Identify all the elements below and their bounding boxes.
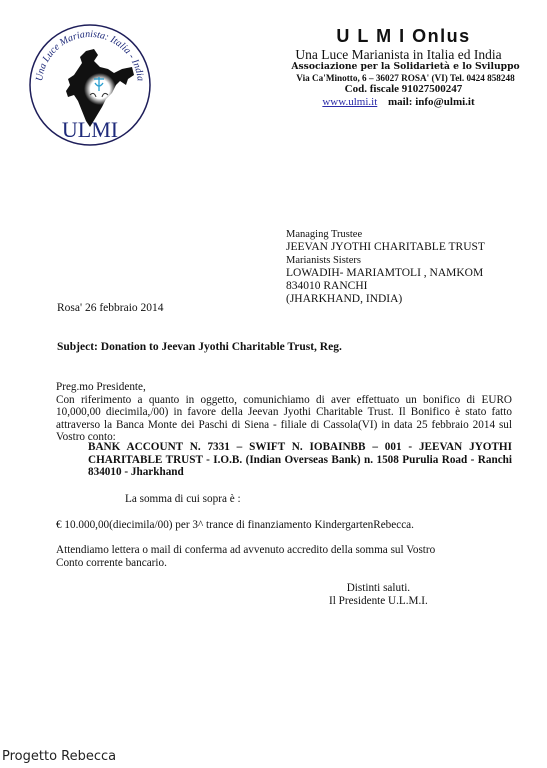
letter-body: Preg.mo Presidente, Con riferimento a qu…: [56, 381, 512, 444]
recipient-line: Managing Trustee: [286, 228, 485, 241]
recipient-line: 834010 RANCHI: [286, 280, 485, 293]
sum-label: La somma di cui sopra è :: [125, 493, 241, 505]
letterhead: U L M I Onlus Una Luce Marianista in Ita…: [240, 26, 547, 109]
donation-amount: € 10.000,00(diecimila/00) per 3^ trance …: [56, 519, 414, 531]
signatory: Il Presidente U.L.M.I.: [329, 595, 428, 608]
bank-details: BANK ACCOUNT N. 7331 – SWIFT N. IOBAINBB…: [88, 441, 512, 479]
subject-line: Subject: Donation to Jeevan Jyothi Chari…: [57, 341, 342, 353]
sign-off: Distinti saluti.: [329, 582, 428, 595]
place-date: Rosa' 26 febbraio 2014: [57, 302, 164, 314]
recipient-address: Managing Trustee JEEVAN JYOTHI CHARITABL…: [286, 228, 485, 306]
org-tagline: Una Luce Marianista in Italia ed India: [250, 47, 547, 63]
org-fiscal-code: Cod. fiscale 91027500247: [260, 83, 547, 96]
org-address: Via Ca'Minotto, 6 – 36027 ROSA' (VI) Tel…: [264, 73, 547, 84]
recipient-line: Marianists Sisters: [286, 254, 485, 267]
logo-acronym: ULMI: [62, 117, 118, 142]
closing-paragraph: Attendiamo lettera o mail di conferma ad…: [56, 544, 456, 569]
org-association: Associazione per la Solidarietà e lo Svi…: [264, 62, 547, 73]
ulmi-logo: Una Luce Marianista: Italia - India ULMI: [28, 23, 152, 147]
website-link[interactable]: www.ulmi.it: [322, 96, 377, 108]
signature-block: Distinti saluti. Il Presidente U.L.M.I.: [329, 582, 428, 608]
recipient-line: LOWADIH- MARIAMTOLI , NAMKOM: [286, 267, 485, 280]
recipient-line: JEEVAN JYOTHI CHARITABLE TRUST: [286, 241, 485, 254]
org-name: U L M I Onlus: [260, 26, 547, 47]
logo-graphic: Una Luce Marianista: Italia - India ULMI: [28, 23, 152, 147]
salutation: Preg.mo Presidente,: [56, 381, 512, 394]
recipient-line: (JHARKHAND, INDIA): [286, 293, 485, 306]
body-paragraph: Con riferimento a quanto in oggetto, com…: [56, 394, 512, 444]
org-email: mail: info@ulmi.it: [388, 96, 475, 108]
footer-label: Progetto Rebecca: [2, 749, 116, 764]
org-contacts: www.ulmi.it mail: info@ulmi.it: [250, 96, 547, 109]
